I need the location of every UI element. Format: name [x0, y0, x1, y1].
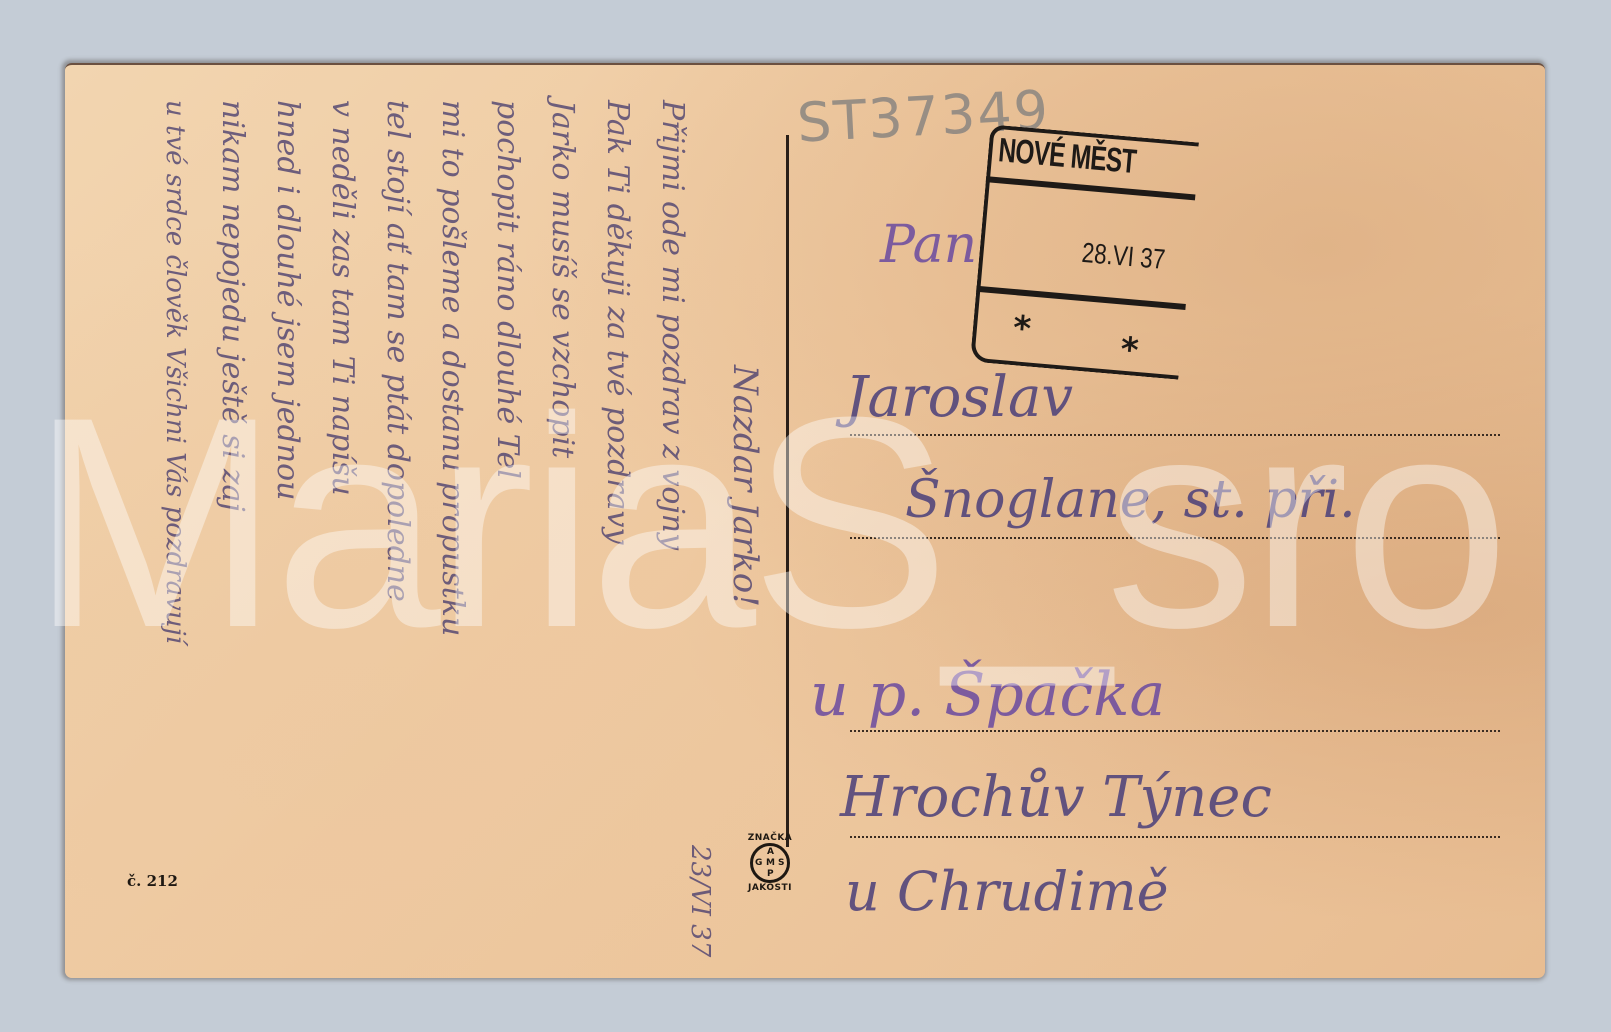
address-line-2	[850, 537, 1500, 539]
message-line: pochopit ráno dlouhé Tel	[490, 100, 525, 479]
message-line: Pak Ti děkuji za tvé pozdravy	[600, 100, 635, 544]
address-line-rank: Šnoglane, st. při.	[905, 470, 1356, 530]
logo-bottom-label: JAKOSTI	[740, 883, 800, 893]
message-line: Přijmi ode mi pozdrav z vojny	[655, 100, 690, 550]
message-date: 23/VI 37	[685, 845, 715, 957]
address-care-of: u p. Špačka	[810, 660, 1165, 730]
address-town: Hrochův Týnec	[840, 765, 1272, 830]
message-line: hned i dlouhé jsem jednou	[270, 100, 305, 500]
logo-top-label: ZNAČKA	[740, 833, 800, 843]
message-line: mi to pošleme a dostanu propustku	[435, 100, 470, 636]
center-divider-line	[786, 135, 789, 847]
message-line: v neděli zas tam Ti napíšu	[325, 100, 360, 496]
postmark-stamp: NOVÉ MĚST 28.VI 37 * *	[970, 124, 1199, 379]
address-first-name: Jaroslav	[845, 365, 1073, 430]
postmark-bar	[986, 176, 1196, 200]
quality-mark-logo: ZNAČKA A G M S P JAKOSTI	[740, 833, 800, 923]
message-line: Jarko musíš se vzchopit	[545, 100, 580, 458]
postmark-date: 28.VI 37	[1081, 237, 1167, 276]
logo-letter: P	[767, 869, 774, 879]
logo-letter: G	[755, 858, 762, 868]
address-line-1	[850, 434, 1500, 436]
logo-letter: S	[778, 858, 784, 868]
card-number: č. 212	[127, 872, 178, 890]
logo-letter: A	[767, 847, 774, 857]
star-icon: *	[1012, 311, 1033, 346]
logo-letter: M	[766, 858, 775, 868]
message-line: nikam nepojedu ještě si zaj	[215, 100, 250, 512]
postmark-town: NOVÉ MĚST	[997, 131, 1138, 182]
message-line: tel stojí ať tam se ptát dopoledne	[380, 100, 415, 602]
address-line-4	[850, 836, 1500, 838]
address-district: u Chrudimě	[845, 860, 1169, 923]
message-greeting: Nazdar Jarko!	[725, 365, 765, 607]
message-line: u tvé srdce člověk Všichni Vás pozdravuj…	[160, 100, 190, 644]
address-line-3	[850, 730, 1500, 732]
logo-ring: A G M S P	[750, 843, 790, 883]
postcard: ST37349 NOVÉ MĚST 28.VI 37 * * Pan Jaros…	[65, 63, 1545, 978]
address-salutation: Pan	[880, 215, 977, 275]
postmark-bar	[976, 286, 1186, 310]
star-icon: *	[1119, 333, 1140, 368]
